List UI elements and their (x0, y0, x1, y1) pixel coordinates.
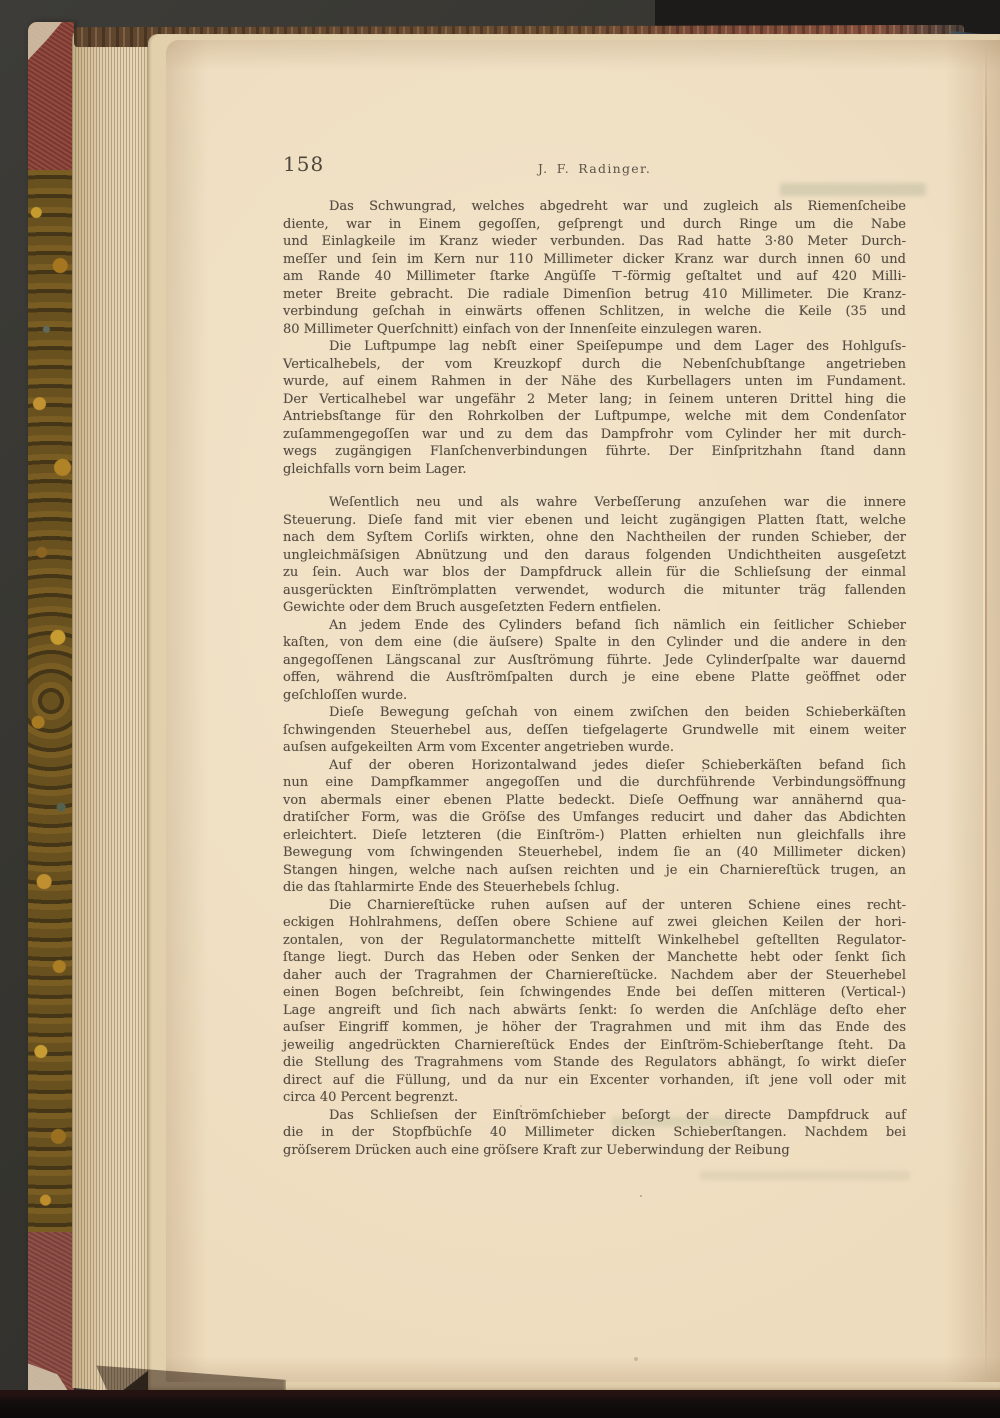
ink-show-through (780, 183, 926, 196)
text-line: dratiſcher Form, was die Gröſse des Umfa… (283, 809, 906, 827)
text-line: ſtange liegt. Durch das Heben oder Senke… (283, 949, 906, 967)
background-shadow-bottom (0, 1390, 1000, 1418)
text-line: diente, war in Einem gegoſſen, geſprengt… (283, 216, 906, 234)
text-line: Die Charniereſtücke ruhen auſsen auf der… (283, 897, 906, 915)
text-line: Antriebsſtange für den Rohrkolben der Lu… (283, 408, 906, 426)
text-line: daher auch der Tragrahmen der Charniereſ… (283, 967, 906, 985)
text-line: einen Bogen beſchreibt, ſein ſchwingende… (283, 984, 906, 1002)
text-line: Das Schlieſsen der Einſtrömſchieber beſo… (283, 1107, 906, 1125)
text-line: die das ſtahlarmirte Ende des Steuerhebe… (283, 879, 906, 897)
paragraph: An jedem Ende des Cylinders befand ſich … (283, 617, 906, 705)
text-line: Dieſe Bewegung geſchah von einem zwiſche… (283, 704, 906, 722)
text-line: jeweilig angedrückten Charniereſtück End… (283, 1037, 906, 1055)
text-line: auſser Eingriff kommen, je höher der Tra… (283, 1019, 906, 1037)
text-line: am Rande 40 Millimeter ſtarke Angüſſe ⊤-… (283, 268, 906, 286)
text-line: Bewegung vom ſchwingenden Steuerhebel, i… (283, 844, 906, 862)
text-line: nun eine Dampfkammer angegoſſen und die … (283, 774, 906, 792)
text-line: meſſer und ſein im Kern nur 110 Millimet… (283, 251, 906, 269)
text-line: von abermals einer ebenen Platte bedeckt… (283, 792, 906, 810)
gutter-crease-highlight (983, 50, 985, 1374)
text-line: zuſammengegoſſen war und zu dem das Damp… (283, 426, 906, 444)
text-line: circa 40 Percent begrenzt. (283, 1089, 906, 1107)
text-line: gleichfalls vorn beim Lager. (283, 461, 906, 479)
text-line: und Einlagkeile im Kranz wieder verbunde… (283, 233, 906, 251)
dust-specks (640, 1195, 642, 1197)
text-line: Lage angreift und ſich nach abwärts ſenk… (283, 1002, 906, 1020)
text-line: offen, während die Ausſtrömſpalten durch… (283, 669, 906, 687)
paragraph: Die Charniereſtücke ruhen auſsen auf der… (283, 897, 906, 1107)
paragraph: Die Luftpumpe lag nebſt einer Speiſepump… (283, 338, 906, 478)
paragraph: Das Schwungrad, welches abgedreht war un… (283, 198, 906, 338)
running-header: J. F. Radinger. (283, 161, 906, 176)
text-line: An jedem Ende des Cylinders befand ſich … (283, 617, 906, 635)
text-line: angegoſſenen Längscanal zur Ausſtrömung … (283, 652, 906, 670)
text-line: nach dem Syſtem Corliſs wirkten, ohne de… (283, 529, 906, 547)
book-cover-edge (28, 22, 74, 1396)
text-line: Stangen hingen, welche nach auſsen reich… (283, 862, 906, 880)
ink-show-through (700, 1171, 910, 1180)
text-line: ausgerückten Einſtrömplatten verwendet, … (283, 582, 906, 600)
cover-marbled-paper (28, 170, 74, 1232)
text-line: Steuerung. Dieſe fand mit vier ebenen un… (283, 512, 906, 530)
text-line: Weſentlich neu und als wahre Verbeſſerun… (283, 494, 906, 512)
text-line: Gewichte oder dem Bruch ausgeſetzten Fed… (283, 599, 906, 617)
text-line: wurde, auf einem Rahmen in der Nähe des … (283, 373, 906, 391)
text-line: gröſserem Drücken auch eine gröſsere Kra… (283, 1142, 906, 1160)
gutter-crease-line (985, 46, 987, 1378)
paragraph: Auf der oberen Horizontalwand jedes dieſ… (283, 757, 906, 897)
text-line: kaſten, von dem eine (die äuſsere) Spalt… (283, 634, 906, 652)
text-line: zontalen, von der Regulatormanchette mit… (283, 932, 906, 950)
text-line: zu ſein. Auch war blos der Dampfdruck al… (283, 564, 906, 582)
paragraph: Das Schlieſsen der Einſtrömſchieber beſo… (283, 1107, 906, 1160)
text-line: 80 Millimeter Querſchnitt) einfach von d… (283, 321, 906, 339)
text-line: erleichtert. Dieſe letzteren (die Einſtr… (283, 827, 906, 845)
text-line: verbindung geſchah in einwärts offenen S… (283, 303, 906, 321)
text-line: Verticalhebels, der vom Kreuzkopf durch … (283, 356, 906, 374)
text-line: eckigen Hohlrahmens, deſſen obere Schien… (283, 914, 906, 932)
text-line: Auf der oberen Horizontalwand jedes dieſ… (283, 757, 906, 775)
text-line: auſsen aufgekeilten Arm vom Excenter ang… (283, 739, 906, 757)
text-line: Der Verticalhebel war ungefähr 2 Meter l… (283, 391, 906, 409)
text-line: direct auf die Füllung, und da nur ein E… (283, 1072, 906, 1090)
text-line: ſchwingenden Steuerhebel aus, deſſen tie… (283, 722, 906, 740)
paragraph: Dieſe Bewegung geſchah von einem zwiſche… (283, 704, 906, 757)
text-line: die Stellung des Tragrahmens vom Stande … (283, 1054, 906, 1072)
text-line: geſchloſſen wurde. (283, 687, 906, 705)
text-line: Die Luftpumpe lag nebſt einer Speiſepump… (283, 338, 906, 356)
text-line: meter Breite gebracht. Die radiale Dimen… (283, 286, 906, 304)
text-line: die in der Stopfbüchſe 40 Millimeter dic… (283, 1124, 906, 1142)
paragraph: Weſentlich neu und als wahre Verbeſſerun… (283, 494, 906, 617)
text-line: wegs zugängigen Flanſchenverbindungen fü… (283, 443, 906, 461)
text-line: ungleichmäſsigen Abnützung und den darau… (283, 547, 906, 565)
text-block: Das Schwungrad, welches abgedreht war un… (283, 198, 906, 1159)
text-line: Das Schwungrad, welches abgedreht war un… (283, 198, 906, 216)
photo-background: 158 J. F. Radinger. Das Schwungrad, welc… (0, 0, 1000, 1418)
